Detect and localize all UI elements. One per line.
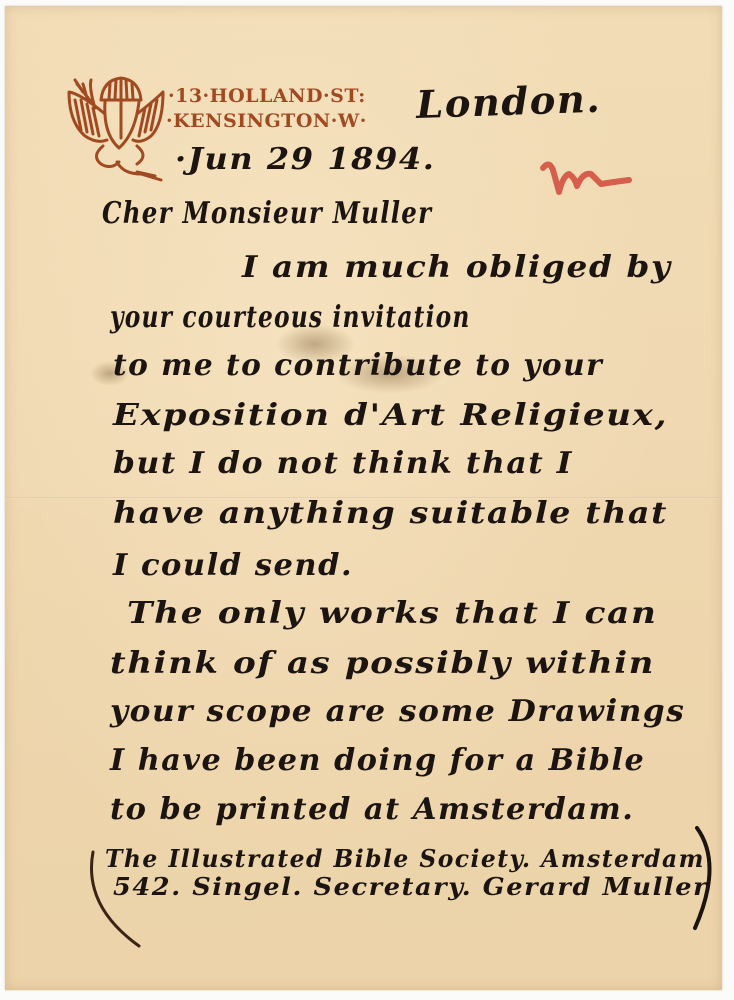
body-line: think of as possibly within <box>110 646 655 681</box>
letter-city: London. <box>415 76 601 127</box>
dove-emblem-icon <box>63 74 167 182</box>
body-line: to be printed at Amsterdam. <box>110 792 634 827</box>
body-line: I have been doing for a Bible <box>110 743 645 778</box>
body-line: to me to contribute to your <box>113 348 603 383</box>
letter-date: ·Jun 29 1894. <box>175 142 435 177</box>
body-line: your scope are some Drawings <box>110 694 685 729</box>
body-line: I am much obliged by <box>242 250 672 285</box>
salutation: Cher Monsieur Muller <box>102 196 432 231</box>
body-line: but I do not think that I <box>113 446 573 481</box>
body-line: The only works that I can <box>127 596 658 631</box>
note-line-society: The Illustrated Bible Society. Amsterdam <box>105 844 705 873</box>
note-line-address: 542. Singel. Secretary. Gerard Muller <box>113 872 708 901</box>
letterhead-address-line-2: ·KENSINGTON·W· <box>166 110 367 132</box>
body-line: have anything suitable that <box>113 496 668 531</box>
letter-sheet: ·13·HOLLAND·ST: ·KENSINGTON·W· London. ·… <box>5 6 722 990</box>
body-line: your courteous invitation <box>110 300 471 335</box>
red-pencil-mark <box>535 156 635 201</box>
letterhead-address-line-1: ·13·HOLLAND·ST: <box>168 85 366 107</box>
body-line: I could send. <box>113 548 353 583</box>
body-line: Exposition d'Art Religieux, <box>113 398 668 433</box>
